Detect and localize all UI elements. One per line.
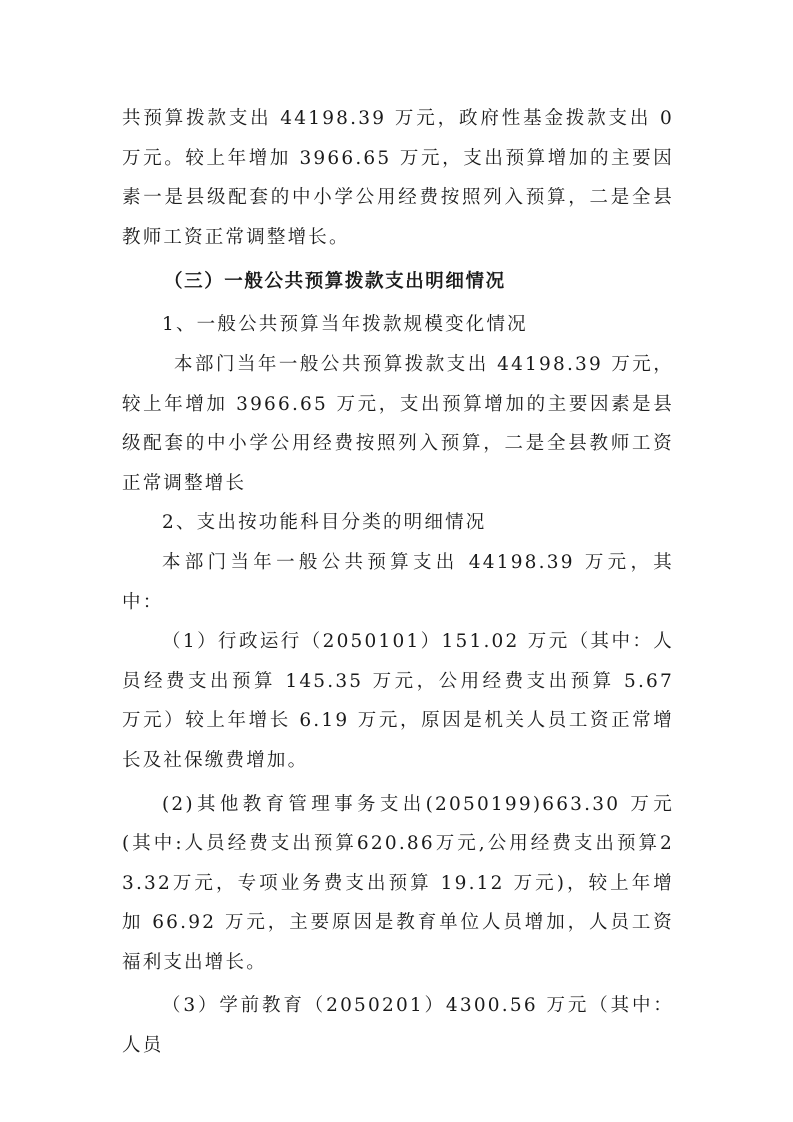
paragraph-scale-change: 本部门当年一般公共预算拨款支出 44198.39 万元，较上年增加 3966.6…	[122, 345, 674, 503]
document-page: 共预算拨款支出 44198.39 万元，政府性基金拨款支出 0 万元。较上年增加…	[122, 99, 674, 1066]
subheading-scale-change: 1、一般公共预算当年拨款规模变化情况	[122, 305, 674, 345]
item-administrative-operation: （1）行政运行（2050101）151.02 万元（其中：人员经费支出预算 14…	[122, 622, 674, 780]
section-heading: （三）一般公共预算拨款支出明细情况	[122, 259, 674, 305]
item-other-education-management: (2)其他教育管理事务支出(2050199)663.30 万元(其中:人员经费支…	[122, 785, 674, 983]
paragraph-continuation: 共预算拨款支出 44198.39 万元，政府性基金拨款支出 0 万元。较上年增加…	[122, 99, 674, 257]
subheading-function-classification: 2、支出按功能科目分类的明细情况	[122, 503, 674, 543]
item-preschool-education: （3）学前教育（2050201）4300.56 万元（其中：人员	[122, 986, 674, 1065]
paragraph-total: 本部门当年一般公共预算支出 44198.39 万元，其中：	[122, 543, 674, 622]
